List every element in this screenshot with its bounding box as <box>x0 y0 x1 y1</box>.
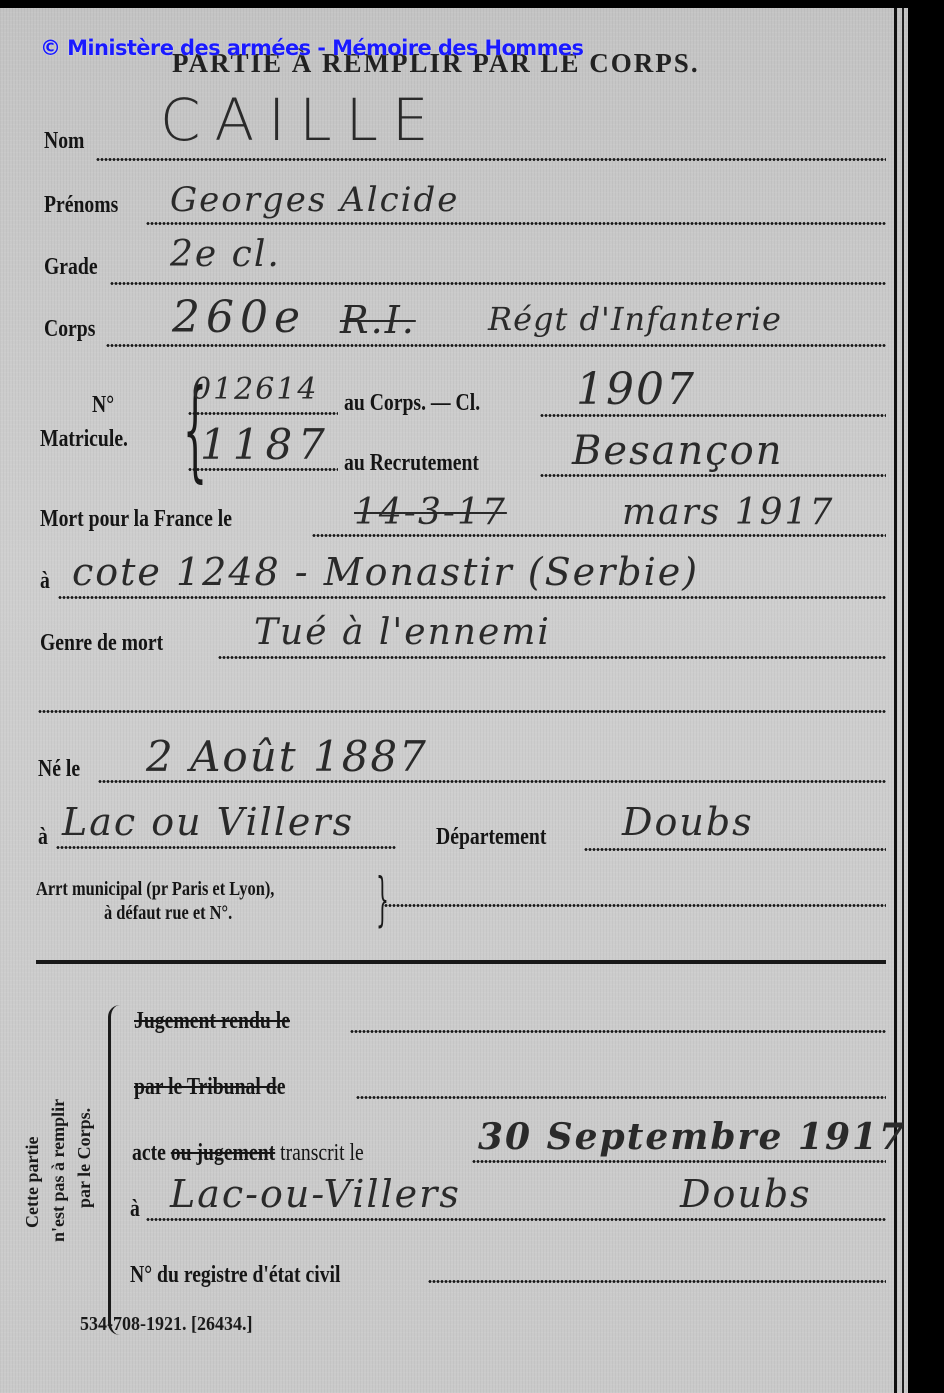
label-lieu-mort: à <box>40 568 50 595</box>
value-naissance: 2 Août 1887 <box>146 732 428 781</box>
label-arrondissement-2: à défaut rue et N°. <box>104 902 232 925</box>
label-acte-b: transcrit le <box>280 1140 364 1166</box>
value-mort-struck: 14-3-17 <box>354 492 507 533</box>
label-tribunal: par le Tribunal de <box>134 1074 285 1101</box>
line-genre-mort <box>218 656 886 659</box>
label-departement: Département <box>436 824 546 851</box>
side-note-line-2: n'est pas à remplir <box>48 1099 69 1242</box>
value-departement: Doubs <box>622 800 754 844</box>
line-acte <box>472 1160 886 1163</box>
line-matricule-corps <box>188 412 338 415</box>
label-prenoms: Prénoms <box>44 192 118 219</box>
section-divider-solid <box>36 960 886 964</box>
label-acte-struck: ou jugement <box>171 1140 275 1166</box>
line-nom <box>96 158 886 161</box>
line-lieu-naissance <box>56 846 396 849</box>
border-rule <box>902 8 904 1393</box>
label-matricule-no: N° <box>92 392 114 419</box>
value-matricule-corps: 012614 <box>192 372 319 407</box>
value-mort: mars 1917 <box>622 492 834 533</box>
line-tribunal <box>356 1096 886 1099</box>
label-tribunal-tail: e <box>277 1074 286 1100</box>
value-matricule-recrutement: 1187 <box>200 420 331 469</box>
value-corps-regiment: Régt d'Infanterie <box>488 300 782 338</box>
value-lieu-transcription: Lac-ou-Villers <box>170 1172 461 1216</box>
value-acte: 30 Septembre 1917 <box>478 1116 906 1158</box>
label-au-recrutement: au Recrutement <box>344 450 479 477</box>
value-lieu-mort: cote 1248 - Monastir (Serbie) <box>72 550 699 594</box>
section-divider <box>38 710 886 714</box>
value-corps-number: 260e <box>172 292 306 343</box>
label-jugement: Jugement rendu le <box>134 1008 290 1035</box>
value-prenoms: Georges Alcide <box>170 180 459 220</box>
label-arrondissement-1: Arrt municipal (pr Paris et Lyon), <box>36 878 274 901</box>
line-corps <box>106 344 886 347</box>
label-acte: acte ou jugement transcrit le <box>132 1140 364 1167</box>
line-mort <box>312 534 886 537</box>
label-au-corps-classe: au Corps. — Cl. <box>344 390 480 417</box>
label-tribunal-struck: par le Tribunal d <box>134 1074 277 1100</box>
line-lieu-transcription <box>146 1218 886 1221</box>
label-lieu-naissance: à <box>38 824 48 851</box>
value-genre-mort: Tué à l'ennemi <box>254 612 551 653</box>
line-grade <box>110 282 886 285</box>
label-nom: Nom <box>44 128 84 155</box>
value-recrutement-place: Besançon <box>572 428 783 474</box>
label-corps: Corps <box>44 316 95 343</box>
value-classe: 1907 <box>576 364 696 415</box>
value-lieu-transcription-dept: Doubs <box>680 1172 812 1216</box>
label-matricule: Matricule. <box>40 426 128 453</box>
side-note-line-3: par le Corps. <box>74 1108 95 1208</box>
line-recrutement <box>540 474 886 477</box>
line-prenoms <box>146 222 886 225</box>
value-nom: CAILLE <box>160 86 443 154</box>
label-registre: N° du registre d'état civil <box>130 1262 340 1289</box>
label-grade: Grade <box>44 254 98 281</box>
value-lieu-naissance: Lac ou Villers <box>62 800 354 844</box>
label-lieu-transcription: à <box>130 1196 140 1223</box>
label-acte-a: acte <box>132 1140 166 1166</box>
line-registre <box>428 1280 886 1283</box>
form-code: 534-708-1921. [26434.] <box>80 1313 252 1336</box>
label-mort: Mort pour la France le <box>40 506 232 533</box>
line-lieu-mort <box>58 596 886 599</box>
label-naissance: Né le <box>38 756 80 783</box>
value-grade: 2e cl. <box>170 234 281 275</box>
side-note: Cette partie n'est pas à remplir par le … <box>22 1030 122 1230</box>
value-corps-struck: R.I. <box>340 298 416 342</box>
brace-civil-section <box>108 1005 125 1335</box>
line-arrondissement <box>384 904 886 907</box>
border-rule <box>894 8 897 1393</box>
label-genre-mort: Genre de mort <box>40 630 163 657</box>
copyright-watermark: © Ministère des armées - Mémoire des Hom… <box>40 36 583 60</box>
side-note-line-1: Cette partie <box>22 1137 43 1228</box>
line-departement <box>584 848 886 851</box>
brace-arrondissement: } <box>376 870 389 928</box>
line-jugement <box>350 1030 886 1033</box>
